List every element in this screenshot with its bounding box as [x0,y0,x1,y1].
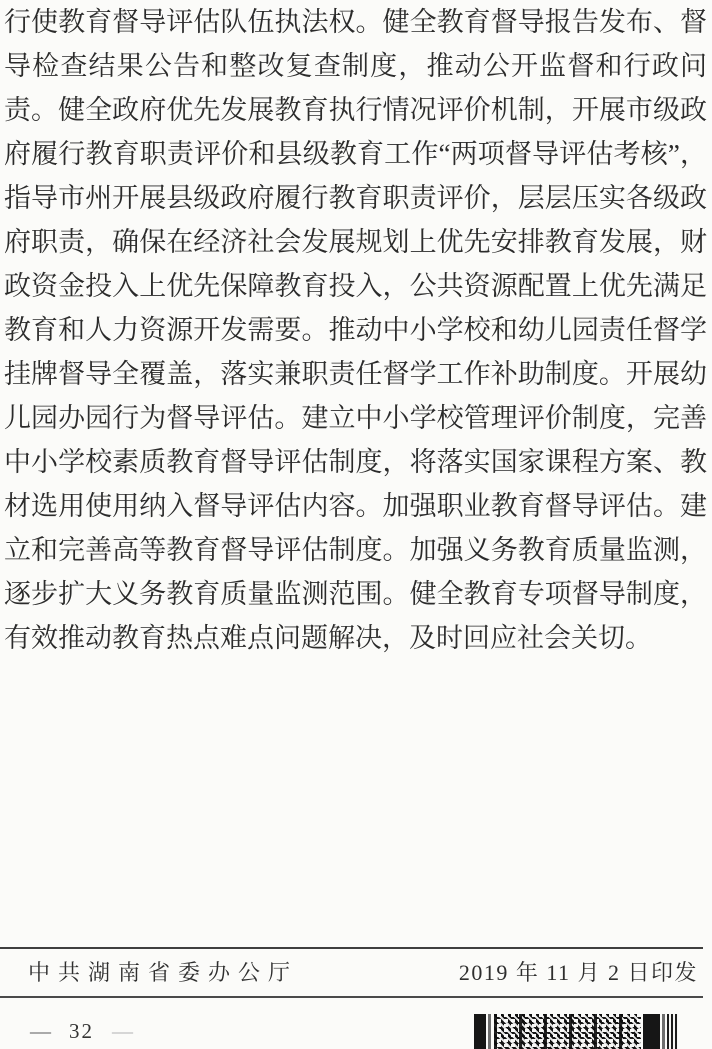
footer-colophon: 中共湖南省委办公厅 2019 年 11 月 2 日印发 [28,956,698,990]
body-line: 立和完善高等教育督导评估制度。加强义务教育质量监测， [4,528,707,572]
body-line: 中小学校素质教育督导评估制度，将落实国家课程方案、教 [4,440,707,484]
body-line: 挂牌督导全覆盖，落实兼职责任督学工作补助制度。开展幼 [4,352,707,396]
body-line: 导检查结果公告和整改复查制度，推动公开监督和行政问 [4,44,707,88]
page-number-dash-right: — [112,1016,133,1046]
issuing-office: 中共湖南省委办公厅 [28,956,298,990]
body-line: 指导市州开展县级政府履行教育职责评价，层层压实各级政 [4,176,707,220]
body-line: 政资金投入上优先保障教育投入，公共资源配置上优先满足 [4,264,707,308]
page-number-value: 32 [69,1016,94,1046]
page-number: — 32 — [30,1016,133,1046]
body-line: 责。健全政府优先发展教育执行情况评价机制，开展市级政 [4,88,707,132]
body-line: 府职责，确保在经济社会发展规划上优先安排教育发展，财 [4,220,707,264]
body-line: 府履行教育职责评价和县级教育工作“两项督导评估考核”， [4,132,707,176]
print-date: 2019 年 11 月 2 日印发 [459,956,698,990]
body-paragraph: 行使教育督导评估队伍执法权。健全教育督导报告发布、督 导检查结果公告和整改复查制… [4,0,707,660]
barcode-data-modules [494,1014,641,1049]
barcode-stop-bar [643,1014,660,1049]
barcode-thin-bars [667,1014,678,1049]
body-line: 材选用使用纳入督导评估内容。加强职业教育督导评估。建 [4,484,707,528]
footer-top-rule [0,947,703,949]
body-line: 有效推动教育热点难点问题解决，及时回应社会关切。 [4,616,707,660]
barcode-start-bar [474,1014,486,1049]
body-line: 教育和人力资源开发需要。推动中小学校和幼儿园责任督学 [4,308,707,352]
page-number-dash-left: — [30,1016,51,1046]
footer-bottom-rule [0,996,703,998]
body-line: 儿园办园行为督导评估。建立中小学校管理评价制度，完善 [4,396,707,440]
barcode [474,1014,678,1049]
document-page: 行使教育督导评估队伍执法权。健全教育督导报告发布、督 导检查结果公告和整改复查制… [0,0,712,1049]
body-line: 逐步扩大义务教育质量监测范围。健全教育专项督导制度， [4,572,707,616]
body-line: 行使教育督导评估队伍执法权。健全教育督导报告发布、督 [4,0,707,44]
